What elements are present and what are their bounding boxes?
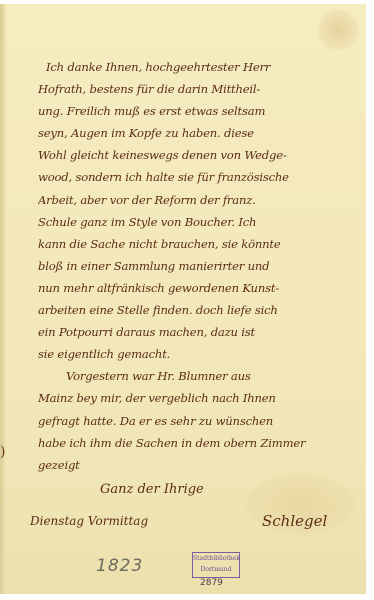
letter-page: ) Ich danke Ihnen, hochgeehrtester Herr … bbox=[0, 4, 366, 594]
signature: Schlegel bbox=[262, 512, 327, 530]
stamp-number: 2879 bbox=[200, 578, 223, 588]
place-date: Dienstag Vormittag bbox=[30, 514, 148, 528]
text-line: Ich danke Ihnen, hochgeehrtester Herr bbox=[46, 56, 368, 78]
text-line: Arbeit, aber vor der Reform der franz. bbox=[38, 189, 368, 211]
letter-body: Ich danke Ihnen, hochgeehrtester Herr Ho… bbox=[46, 56, 368, 476]
text-line: habe ich ihm die Sachen in dem obern Zim… bbox=[38, 432, 368, 454]
stamp-line-1: Stadtbibliothek bbox=[193, 553, 239, 564]
margin-mark: ) bbox=[0, 444, 5, 460]
text-line: Hofrath, bestens für die darin Mittheil- bbox=[38, 78, 368, 100]
text-line: Schule ganz im Style von Boucher. Ich bbox=[38, 211, 368, 233]
text-line: nun mehr altfränkisch gewordenen Kunst- bbox=[38, 277, 368, 299]
text-line: ein Potpourri daraus machen, dazu ist bbox=[38, 321, 368, 343]
paper-stain bbox=[318, 10, 358, 50]
library-stamp: Stadtbibliothek Dortmund bbox=[192, 552, 240, 578]
text-line: bloß in einer Sammlung manierirter und bbox=[38, 255, 368, 277]
closing-phrase: Ganz der Ihrige bbox=[100, 482, 204, 497]
text-line: gefragt hatte. Da er es sehr zu wünschen bbox=[38, 410, 368, 432]
text-line: seyn, Augen im Kopfe zu haben. diese bbox=[38, 122, 368, 144]
text-line: kann die Sache nicht brauchen, sie könnt… bbox=[38, 233, 368, 255]
text-line: sie eigentlich gemacht. bbox=[38, 343, 368, 365]
year-annotation: 1823 bbox=[96, 556, 143, 576]
page-edge bbox=[0, 4, 6, 594]
stamp-line-2: Dortmund bbox=[193, 564, 239, 575]
text-line: gezeigt bbox=[38, 454, 368, 476]
text-line: Mainz bey mir, der vergeblich nach Ihnen bbox=[38, 387, 368, 409]
text-line: wood, sondern ich halte sie für französi… bbox=[38, 166, 368, 188]
text-line: ung. Freilich muß es erst etwas seltsam bbox=[38, 100, 368, 122]
text-line: Wohl gleicht keineswegs denen von Wedge- bbox=[38, 144, 368, 166]
text-line: arbeiten eine Stelle finden. doch liefe … bbox=[38, 299, 368, 321]
text-line: Vorgestern war Hr. Blumner aus bbox=[38, 365, 368, 387]
